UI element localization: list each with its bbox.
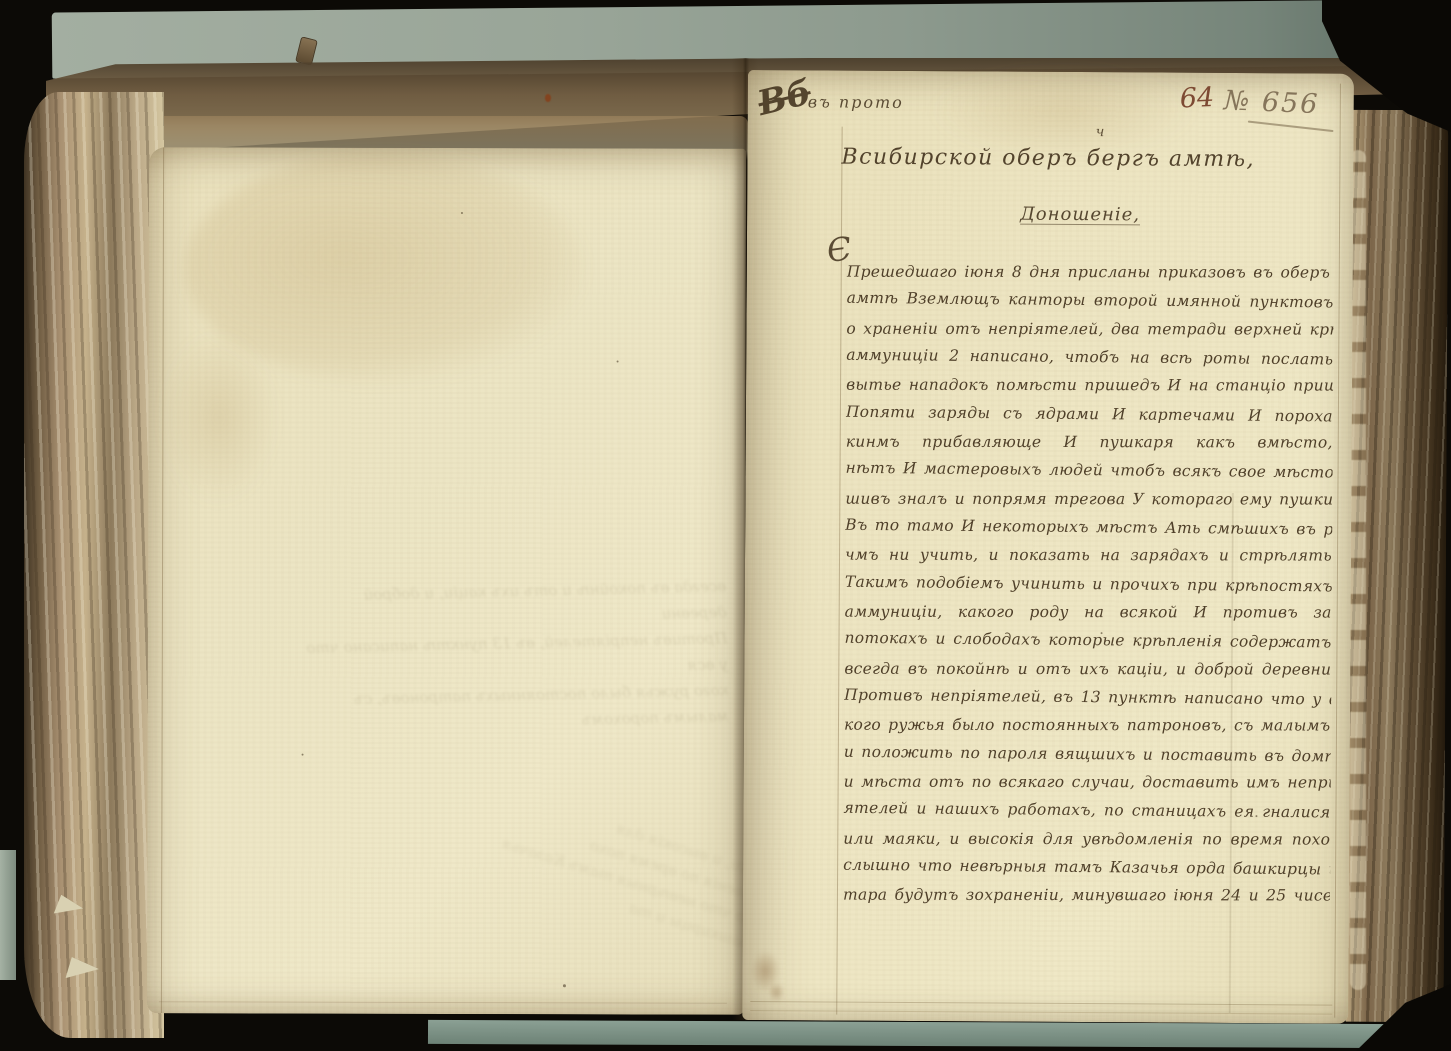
- bleed-through-line: Противъ непріятелей, въ 13 пунктѣ написа…: [297, 625, 728, 687]
- registry-note: въ прото: [808, 92, 904, 112]
- archive-number: № 656: [1223, 85, 1320, 120]
- archive-number-flourish: [1248, 121, 1334, 132]
- registry-monogram: Вб: [754, 72, 815, 123]
- manuscript-line: Въ то тамо И некоторыхъ мѣстъ Ать смѣших…: [845, 515, 1332, 540]
- heading-superscript: ч: [1096, 124, 1105, 140]
- right-page-bottom-rule: [750, 1010, 1332, 1015]
- left-page-margin-rule: [161, 147, 164, 1013]
- manuscript-line: чмъ ни учить, и показать на зарядахъ и с…: [845, 545, 1332, 566]
- manuscript-line: и мѣста отъ по всякаго случаи, доставить…: [844, 772, 1331, 793]
- paper-speck: [617, 360, 619, 362]
- left-page-bottom-rule: [159, 1001, 727, 1003]
- manuscript-line: кого ружья было постоянныхъ патроновъ, с…: [844, 715, 1331, 736]
- right-page: Вб въ прото 64 № 656 Всибирской оберъ бе…: [742, 70, 1354, 1024]
- bleed-through-line: всегда въ покойнѣ и отъ ихъ каціи, и доб…: [296, 573, 727, 635]
- manuscript-line: аммуниціи 2 написано, чтобъ на всѣ роты …: [846, 345, 1333, 370]
- manuscript-scan: всегда въ покойнѣ и отъ ихъ каціи, и доб…: [0, 0, 1451, 1051]
- manuscript-line: кинмъ прибавляюще И пушкаря какъ вмѣсто,: [846, 432, 1333, 453]
- manuscript-line: Попяти заряды съ ядрами И картечами И по…: [846, 402, 1333, 427]
- manuscript-line: и положить по пароля вящшихъ и поставить…: [844, 742, 1331, 767]
- left-page: всегда въ покойнѣ и отъ ихъ каціи, и доб…: [147, 147, 746, 1015]
- page-edges-left: [24, 92, 164, 1038]
- manuscript-line: амтѣ Вземлющъ канторы второй имянной пун…: [847, 288, 1334, 313]
- right-page-bottom-rule: [750, 1001, 1332, 1006]
- manuscript-line: аммуниціи, какого роду на всякой И проти…: [845, 602, 1332, 623]
- paper-speck: [461, 212, 463, 214]
- document-heading: Всибирской оберъ бергъ амтѣ,: [841, 145, 1255, 173]
- manuscript-line: шивъ зналъ и попрямя трегова У котораго …: [845, 489, 1332, 510]
- right-page-right-margin-rule: [1334, 84, 1341, 1018]
- bleed-through-line: кого ружья было постоянныхъ патроновъ, с…: [298, 677, 729, 739]
- manuscript-line: о храненіи отъ непріятелей, два тетради …: [846, 319, 1333, 340]
- rust-speck: [545, 94, 551, 102]
- manuscript-line: или маяки, и высокія для увѣдомленія по …: [843, 829, 1330, 850]
- manuscript-line: вытье нападокъ помѣсти пришедъ И на стан…: [846, 375, 1333, 396]
- manuscript-line: всегда въ покойнѣ и отъ ихъ каціи, и доб…: [844, 659, 1331, 680]
- manuscript-line: потокахъ и слободахъ которые крѣпленія с…: [844, 628, 1331, 653]
- manuscript-line: тара будутъ зохраненіи, минувшаго іюня 2…: [843, 885, 1330, 906]
- folio-number: 64: [1179, 82, 1215, 115]
- paper-speck: [302, 754, 304, 756]
- paper-speck: [563, 984, 566, 987]
- cover-board-bottom: [428, 1020, 1414, 1048]
- manuscript-line: ятелей и нашихъ работахъ, по станицахъ е…: [843, 798, 1330, 823]
- manuscript-line: Прешедшаго іюня 8 дня присланы приказовъ…: [847, 262, 1334, 283]
- bleed-through-text: всегда въ покойнѣ и отъ ихъ каціи, и доб…: [296, 573, 730, 739]
- water-stain: [158, 327, 278, 507]
- manuscript-line: Противъ непріятелей, въ 13 пунктѣ написа…: [844, 685, 1331, 710]
- ink-spot: [768, 982, 784, 1002]
- manuscript-line: Такимъ подобіемъ учинить и прочихъ при к…: [845, 572, 1332, 597]
- document-subheading: Доношеніе,: [995, 204, 1165, 226]
- cover-board-left: [0, 850, 16, 980]
- manuscript-line: слышно что невѣрныя тамъ Казачья орда ба…: [843, 855, 1330, 880]
- manuscript-line: нѣтъ И мастеровыхъ людей чтобъ всякъ сво…: [845, 458, 1332, 483]
